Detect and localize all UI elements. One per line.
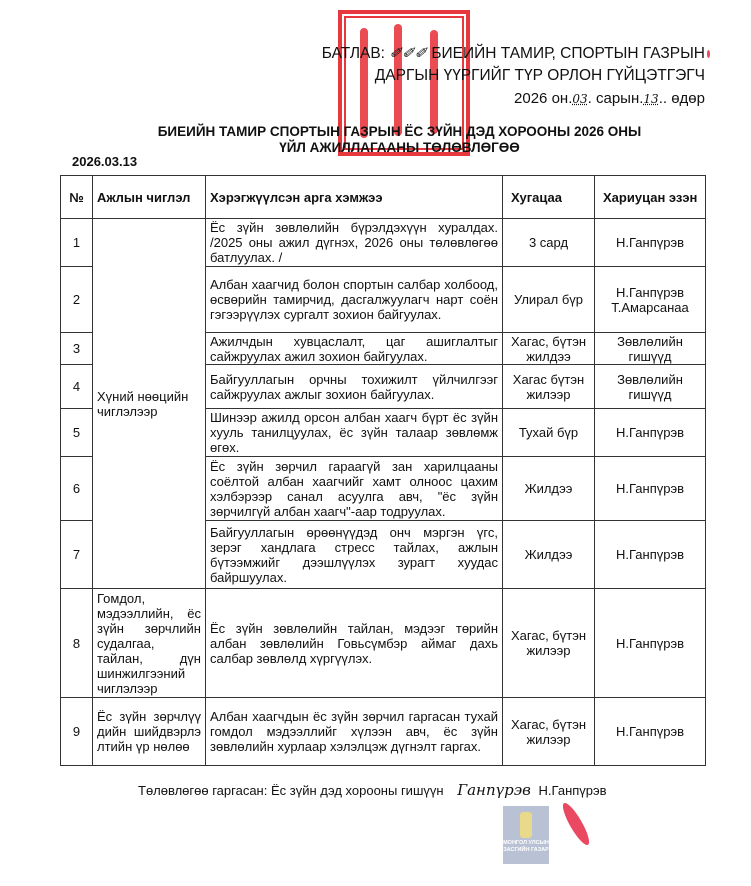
duration-cell: Хагас бүтэн жилээр	[503, 365, 595, 409]
header-responsible: Хариуцан эзэн	[595, 176, 706, 219]
row-number: 3	[61, 333, 93, 365]
direction-cell: Хүний нөөцийн чиглэлээр	[93, 219, 206, 589]
header-direction: Ажлын чиглэл	[93, 176, 206, 219]
approval-year: 2026 он.	[514, 90, 572, 107]
measure-cell: Байгууллагын орчны тохижилт үйлчилгээг с…	[206, 365, 503, 409]
approval-position: БИЕИЙН ТАМИР, СПОРТЫН ГАЗРЫН	[431, 45, 705, 62]
header-duration: Хугацаа	[503, 176, 595, 219]
approval-date: 2026 он.03. сарын.13.. өдөр	[514, 89, 705, 109]
table-row: 9 Ёс зүйн зөрчлүүдийн шийдвэрлэлтийн үр …	[61, 698, 706, 766]
duration-cell: Хагас, бүтэн жилээр	[503, 589, 595, 698]
seal-text-line-1: МОНГОЛ УЛСЫН	[503, 840, 549, 847]
approval-line-1: БАТЛАВ: ✐✐✐ БИЕИЙН ТАМИР, СПОРТЫН ГАЗРЫН	[322, 43, 705, 64]
responsible-cell: Н.Ганпүрэв	[595, 219, 706, 267]
author-name: Н.Ганпүрэв	[539, 783, 607, 798]
duration-cell: Жилдээ	[503, 521, 595, 589]
author-signature: Ганпүрэв	[457, 781, 531, 799]
table-row: 8 Гомдол, мэдээллийн, ёс зүйн зөрчлийн с…	[61, 589, 706, 698]
duration-cell: Хагас, бүтэн жилээр	[503, 698, 595, 766]
measure-cell: Ёс зүйн зөрчил гараагүй зан харилцааны с…	[206, 457, 503, 521]
approval-signature-icon: ✐✐✐	[389, 44, 427, 62]
measure-cell: Ёс зүйн зөвлөлийн тайлан, мэдээг төрийн …	[206, 589, 503, 698]
responsible-cell: Зөвлөлийн гишүүд	[595, 365, 706, 409]
approval-month-suffix: . сарын.	[588, 90, 644, 107]
row-number: 2	[61, 267, 93, 333]
row-number: 5	[61, 409, 93, 457]
government-seal-logo: МОНГОЛ УЛСЫН ЗАСГИЙН ГАЗАР	[503, 806, 549, 864]
document-date: 2026.03.13	[72, 154, 137, 169]
approval-day: 13	[643, 92, 658, 106]
red-ink-mark	[559, 800, 593, 848]
responsible-cell: Зөвлөлийн гишүүд	[595, 333, 706, 365]
red-ink-mark	[707, 50, 710, 58]
row-number: 9	[61, 698, 93, 766]
duration-cell: 3 сард	[503, 219, 595, 267]
measure-cell: Ёс зүйн зөвлөлийн бүрэлдэхүүн хуралдах. …	[206, 219, 503, 267]
prepared-by-line: Төлөвлөгөө гаргасан: Ёс зүйн дэд хорооны…	[138, 781, 607, 799]
responsible-names: Н.Ганпүрэв Т.Амарсанаа	[605, 285, 695, 315]
approval-month: 03	[572, 92, 587, 106]
soyombo-emblem-icon	[520, 812, 532, 838]
measure-cell: Шинээр ажилд орсон албан хаагч бүрт ёс з…	[206, 409, 503, 457]
header-measure: Хэрэгжүүлсэн арга хэмжээ	[206, 176, 503, 219]
row-number: 6	[61, 457, 93, 521]
row-number: 1	[61, 219, 93, 267]
measure-cell: Ажилчдын хувцаслалт, цаг ашиглалтыг сайж…	[206, 333, 503, 365]
responsible-cell: Н.Ганпүрэв Т.Амарсанаа	[595, 267, 706, 333]
measure-cell: Албан хаагчид болон спортын салбар холбо…	[206, 267, 503, 333]
measure-cell: Албан хаагчдын ёс зүйн зөрчил гаргасан т…	[206, 698, 503, 766]
row-number: 4	[61, 365, 93, 409]
direction-cell: Ёс зүйн зөрчлүүдийн шийдвэрлэлтийн үр нө…	[93, 698, 206, 766]
responsible-cell: Н.Ганпүрэв	[595, 457, 706, 521]
approval-day-suffix: .. өдөр	[659, 90, 705, 107]
header-number: №	[61, 176, 93, 219]
row-number: 7	[61, 521, 93, 589]
document-title-line-1: БИЕИЙН ТАМИР СПОРТЫН ГАЗРЫН ЁС ЗҮЙН ДЭД …	[24, 124, 751, 140]
measure-cell: Байгууллагын өрөөнүүдэд онч мэргэн үгс, …	[206, 521, 503, 589]
responsible-cell: Н.Ганпүрэв	[595, 521, 706, 589]
responsible-cell: Н.Ганпүрэв	[595, 589, 706, 698]
action-plan-table: № Ажлын чиглэл Хэрэгжүүлсэн арга хэмжээ …	[60, 175, 706, 766]
prepared-by-label: Төлөвлөгөө гаргасан: Ёс зүйн дэд хорооны…	[138, 783, 444, 798]
duration-cell: Улирал бүр	[503, 267, 595, 333]
row-number: 8	[61, 589, 93, 698]
direction-cell: Гомдол, мэдээллийн, ёс зүйн зөрчлийн суд…	[93, 589, 206, 698]
duration-cell: Хагас, бүтэн жилдээ	[503, 333, 595, 365]
seal-text-line-2: ЗАСГИЙН ГАЗАР	[503, 847, 549, 854]
duration-cell: Тухай бүр	[503, 409, 595, 457]
approval-line-2: ДАРГЫН ҮҮРГИЙГ ТҮР ОРЛОН ГҮЙЦЭТГЭГЧ	[375, 66, 705, 86]
table-header-row: № Ажлын чиглэл Хэрэгжүүлсэн арга хэмжээ …	[61, 176, 706, 219]
responsible-cell: Н.Ганпүрэв	[595, 698, 706, 766]
duration-cell: Жилдээ	[503, 457, 595, 521]
table-row: 1 Хүний нөөцийн чиглэлээр Ёс зүйн зөвлөл…	[61, 219, 706, 267]
approval-label: БАТЛАВ:	[322, 45, 385, 62]
responsible-cell: Н.Ганпүрэв	[595, 409, 706, 457]
